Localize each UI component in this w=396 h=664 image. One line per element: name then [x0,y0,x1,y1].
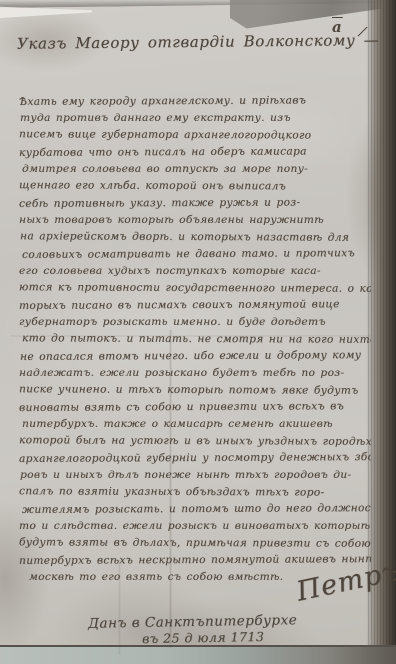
manuscript-line: ются къ противности государственного инт… [19,279,371,298]
manuscript-line: губернаторъ розыскать именно. и буде доѣ… [19,314,371,331]
manuscript-line: то и слѣдства. ежели розыскъ и виноватых… [19,518,371,535]
manuscript-line: писке учинено. и тѣхъ которыѣ потомъ явк… [19,381,371,400]
date-day-year-line: въ 25 д юля 1713 [142,629,265,646]
manuscript-line: питербурхъ всѣхъ нескрытно помянутой аки… [19,551,371,570]
manuscript-line: не опасался втомъ ничего. ибо ежели и до… [20,347,371,366]
manuscript-line: питербурхъ. также о камисарѣ семенѣ акиш… [22,416,371,433]
manuscript-line: будутъ взяты въ дѣлахъ, примѣчая привезт… [19,534,371,553]
manuscript-line: писемъ вице губернатора архангелогородцк… [19,126,371,145]
manuscript-line: Ѣхать ему кгороду архангелскому. и пріѣх… [19,92,371,111]
manuscript-line: его соловьева худыхъ поступкахъ которые … [19,263,371,280]
manuscript-line: курбатова что онъ писалъ на оберъ камиса… [19,143,371,162]
manuscript-line: ровъ и иныхъ дѣлъ понеже нынѣ тѣхъ город… [20,467,371,484]
manuscript-line: спалъ по взятіи указныхъ объѣздахъ тѣхъ … [19,483,371,502]
manuscript-line: на архіерейскомъ дворѣ. и которыхъ назас… [20,228,371,247]
document-heading: Указъ Маеору отгвардіи Волконскому — [17,31,357,53]
manuscript-line: кто до пытокъ. и пытать. не смотря ни на… [22,330,371,349]
manuscript-line: туда противъ даннаго ему екстракту. изъ [20,110,371,127]
manuscript-line: которой былъ на устюгѣ и въ иныхъ уѣздны… [19,432,371,451]
manuscript-photo: а / Указъ Маеору отгвардіи Волконскому —… [0,0,396,664]
manuscript-line: соловьихъ осматривать не давано тамо. и … [22,245,371,264]
manuscript-line: щеннаго его хлѣба. которой онъ выписалъ [19,177,371,196]
manuscript-line: торыхъ писано въ писмахъ своихъ помянуто… [19,296,371,315]
manuscript-line: ныхъ товаровъ которыѣ объявлены наружнит… [19,212,371,229]
manuscript-line: архангелогородцкой губерніи у посмотру д… [19,449,371,468]
manuscript-line: надлежатъ. ежели розыскано будетъ тебѣ п… [19,365,371,382]
manuscript-body: Ѣхать ему кгороду архангелскому. и пріѣх… [19,93,371,586]
manuscript-line: дмитрея соловьева во отпускѣ за море поп… [22,161,371,178]
manuscript-line: себѣ противныѣ указу. также ружья и роз- [19,194,371,213]
page-bottom-edge [0,645,396,664]
manuscript-line: виноваты взять съ собою и привезти ихъ в… [19,398,371,417]
manuscript-line: жителямъ розыскать. и потомъ што до него… [22,500,371,519]
